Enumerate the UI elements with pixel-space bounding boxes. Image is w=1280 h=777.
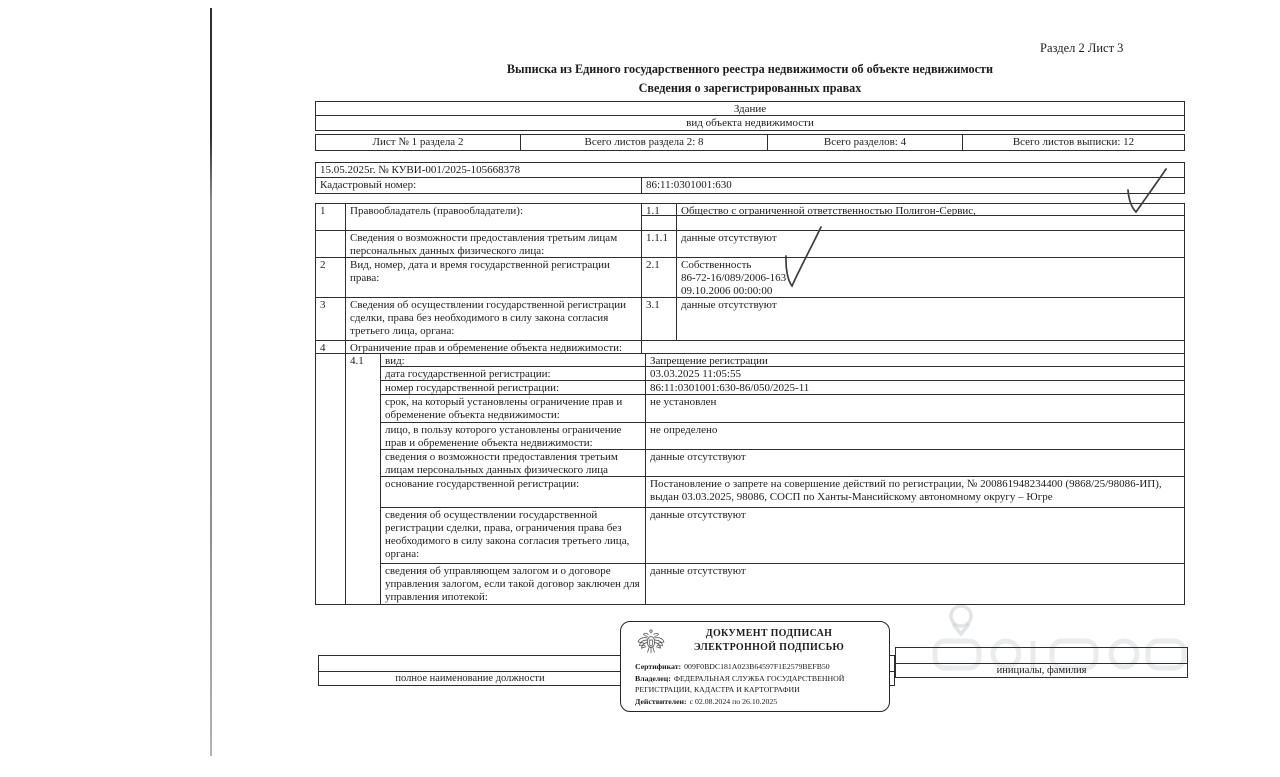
empty-cell — [677, 216, 1184, 230]
table-row: 1 Правообладатель (правообладатели): 1.1… — [316, 204, 1184, 231]
row-label: лицо, в пользу которого установлены огра… — [381, 423, 646, 449]
row-value: данные отсутствуют — [646, 564, 1184, 604]
doc-date-number: 15.05.2025г. № КУВИ-001/2025-105668378 — [316, 163, 1184, 177]
row-label: вид: — [381, 354, 646, 366]
row-value: Собственность 86-72-16/089/2006-163 09.1… — [677, 258, 1184, 297]
section-sheet-corner-label: Раздел 2 Лист 3 — [1040, 41, 1160, 56]
row-value: не определено — [646, 423, 1184, 449]
stamp-owner-line: Владелец:ФЕДЕРАЛЬНАЯ СЛУЖБА ГОСУДАРСТВЕН… — [635, 673, 873, 696]
row-label: Сведения о возможности предоставления тр… — [346, 231, 642, 257]
stamp-title-line1: ДОКУМЕНТ ПОДПИСАН — [663, 627, 875, 641]
coat-of-arms-eagle-icon — [636, 627, 666, 662]
row-number: 1 — [316, 204, 346, 230]
table-row: основание государственной регистрации: П… — [381, 477, 1184, 508]
row-value: Общество с ограниченной ответственностью… — [677, 204, 1184, 215]
section-label: Ограничение прав и обременение объекта н… — [346, 341, 642, 353]
section-4-body: 4.1 вид: Запрещение регистрации дата гос… — [316, 354, 1184, 604]
row-subnumber: 1.1.1 — [642, 231, 677, 257]
digital-signature-stamp: ДОКУМЕНТ ПОДПИСАН ЭЛЕКТРОННОЙ ПОДПИСЬЮ С… — [620, 621, 890, 712]
stamp-validity-line: Действителен:с 02.08.2024 по 26.10.2025 — [635, 696, 873, 708]
sheet-info-cell: Всего листов выписки: 12 — [963, 135, 1184, 150]
sheet-info-cell: Всего листов раздела 2: 8 — [521, 135, 768, 150]
cadastral-number-label: Кадастровый номер: — [316, 178, 642, 193]
signature-name-box: инициалы, фамилия — [895, 647, 1188, 678]
subsection-number: 4.1 — [346, 354, 381, 604]
table-row: вид: Запрещение регистрации — [381, 354, 1184, 367]
table-row: 2 Вид, номер, дата и время государственн… — [316, 258, 1184, 298]
row-value: данные отсутствуют — [646, 508, 1184, 563]
row-subnumber: 2.1 — [642, 258, 677, 297]
row-value: Постановление о запрете на совершение де… — [646, 477, 1184, 507]
row-value: данные отсутствуют — [646, 450, 1184, 476]
row-value: данные отсутствуют — [677, 298, 1184, 340]
signature-line — [896, 648, 1187, 664]
table-row: Сведения о возможности предоставления тр… — [316, 231, 1184, 258]
cadastral-number-value: 86:11:0301001:630 — [642, 178, 1184, 193]
row-value: Запрещение регистрации — [646, 354, 1184, 366]
table-row: сведения об осуществлении государственно… — [381, 508, 1184, 564]
row-number: 2 — [316, 258, 346, 297]
row-label: дата государственной регистрации: — [381, 367, 646, 380]
empty-cell — [642, 216, 677, 230]
row-value: 03.03.2025 11:05:55 — [646, 367, 1184, 380]
sheet-info-cell: Всего разделов: 4 — [768, 135, 963, 150]
table-row: 3 Сведения об осуществлении государствен… — [316, 298, 1184, 341]
stamp-certificate-line: Сертификат:009F0BDC181A023B64597F1E2579B… — [635, 661, 873, 673]
object-type-table: Здание вид объекта недвижимости — [315, 101, 1185, 131]
row-value: данные отсутствуют — [677, 231, 1184, 257]
row-label: сведения об осуществлении государственно… — [381, 508, 646, 563]
row-subnumber: 1.1 — [642, 204, 677, 215]
row-value: не установлен — [646, 395, 1184, 422]
row-value: 86:11:0301001:630-86/050/2025-11 — [646, 381, 1184, 394]
row-label: сведения об управляющем залогом и о дого… — [381, 564, 646, 604]
empty-cell — [642, 341, 1184, 353]
table-row: сведения об управляющем залогом и о дого… — [381, 564, 1184, 604]
sheet-info-cell: Лист № 1 раздела 2 — [316, 135, 521, 150]
table-row: номер государственной регистрации: 86:11… — [381, 381, 1184, 395]
row-number: 3 — [316, 298, 346, 340]
scanned-egrn-extract-page: Раздел 2 Лист 3 Выписка из Единого госуд… — [0, 0, 1280, 777]
table-row: дата государственной регистрации: 03.03.… — [381, 367, 1184, 381]
signature-position-label: полное наименование должности — [319, 672, 621, 684]
row-label: срок, на который установлены ограничение… — [381, 395, 646, 422]
row-label: основание государственной регистрации: — [381, 477, 646, 507]
object-type-caption: вид объекта недвижимости — [316, 116, 1184, 130]
row-label: Сведения об осуществлении государственно… — [346, 298, 642, 340]
table-row: лицо, в пользу которого установлены огра… — [381, 423, 1184, 450]
table-row: срок, на который установлены ограничение… — [381, 395, 1184, 423]
doc-info-table: 15.05.2025г. № КУВИ-001/2025-105668378 К… — [315, 162, 1185, 194]
stamp-title-line2: ЭЛЕКТРОННОЙ ПОДПИСЬЮ — [663, 641, 875, 655]
row-label: номер государственной регистрации: — [381, 381, 646, 394]
document-subtitle: Сведения о зарегистрированных правах — [315, 81, 1185, 96]
object-type-value: Здание — [316, 102, 1184, 115]
empty-cell — [316, 354, 346, 604]
row-number: 4 — [316, 341, 346, 353]
row-number — [316, 231, 346, 257]
row-subnumber: 3.1 — [642, 298, 677, 340]
sheet-info-table: Лист № 1 раздела 2 Всего листов раздела … — [315, 134, 1185, 151]
row-label: Правообладатель (правообладатели): — [346, 204, 642, 230]
table-row: сведения о возможности предоставления тр… — [381, 450, 1184, 477]
row-label: сведения о возможности предоставления тр… — [381, 450, 646, 476]
row-label: Вид, номер, дата и время государственной… — [346, 258, 642, 297]
signature-name-label: инициалы, фамилия — [896, 664, 1187, 676]
document-title: Выписка из Единого государственного реес… — [315, 62, 1185, 77]
registered-rights-table: 1 Правообладатель (правообладатели): 1.1… — [315, 203, 1185, 605]
section-4-header-row: 4 Ограничение прав и обременение объекта… — [316, 341, 1184, 354]
